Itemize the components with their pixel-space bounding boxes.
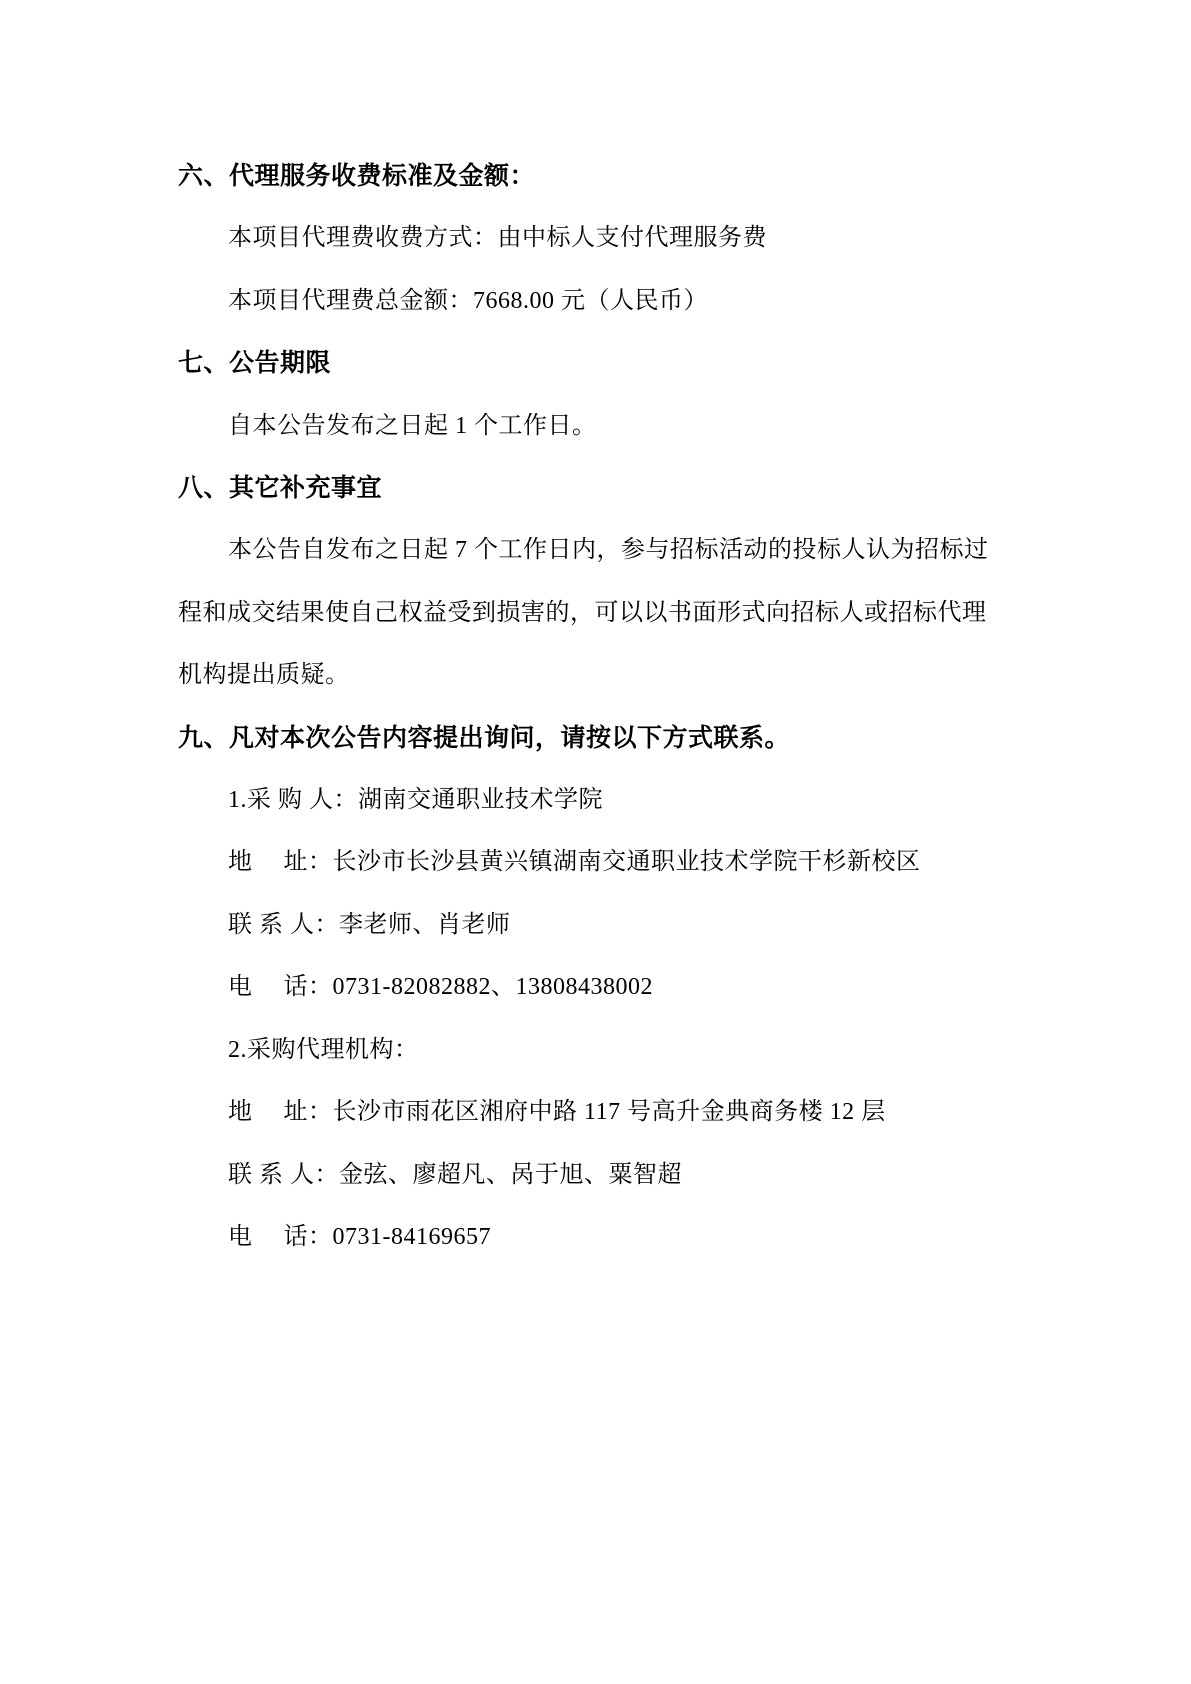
document-page: 六、代理服务收费标准及金额：本项目代理费收费方式：由中标人支付代理服务费本项目代… (0, 0, 1191, 1684)
purchaser-name: 1.采 购 人：湖南交通职业技术学院 (178, 769, 1016, 831)
section-7-heading: 七、公告期限 (178, 332, 1016, 394)
supplement-paragraph-line-3: 机构提出质疑。 (178, 644, 1016, 706)
agency-contacts: 联 系 人：金弦、廖超凡、呙于旭、粟智超 (178, 1144, 1016, 1206)
purchaser-address: 地 址：长沙市长沙县黄兴镇湖南交通职业技术学院干杉新校区 (178, 831, 1016, 893)
announcement-period: 自本公告发布之日起 1 个工作日。 (178, 395, 1016, 457)
agency-address: 地 址：长沙市雨花区湘府中路 117 号高升金典商务楼 12 层 (178, 1081, 1016, 1143)
agency-phone: 电 话：0731-84169657 (178, 1206, 1016, 1268)
purchaser-phone: 电 话：0731-82082882、13808438002 (178, 956, 1016, 1018)
purchaser-contacts: 联 系 人：李老师、肖老师 (178, 894, 1016, 956)
section-6-heading: 六、代理服务收费标准及金额： (178, 145, 1016, 207)
supplement-paragraph-line-1: 本公告自发布之日起 7 个工作日内，参与招标活动的投标人认为招标过 (178, 519, 1016, 581)
agency-fee-total: 本项目代理费总金额：7668.00 元（人民币） (178, 270, 1016, 332)
agency-fee-method: 本项目代理费收费方式：由中标人支付代理服务费 (178, 207, 1016, 269)
section-9-heading: 九、凡对本次公告内容提出询问，请按以下方式联系。 (178, 707, 1016, 769)
document-content: 六、代理服务收费标准及金额：本项目代理费收费方式：由中标人支付代理服务费本项目代… (178, 145, 1016, 1268)
supplement-paragraph-line-2: 程和成交结果使自己权益受到损害的，可以以书面形式向招标人或招标代理 (178, 582, 1016, 644)
section-8-heading: 八、其它补充事宜 (178, 457, 1016, 519)
agency-name: 2.采购代理机构： (178, 1019, 1016, 1081)
